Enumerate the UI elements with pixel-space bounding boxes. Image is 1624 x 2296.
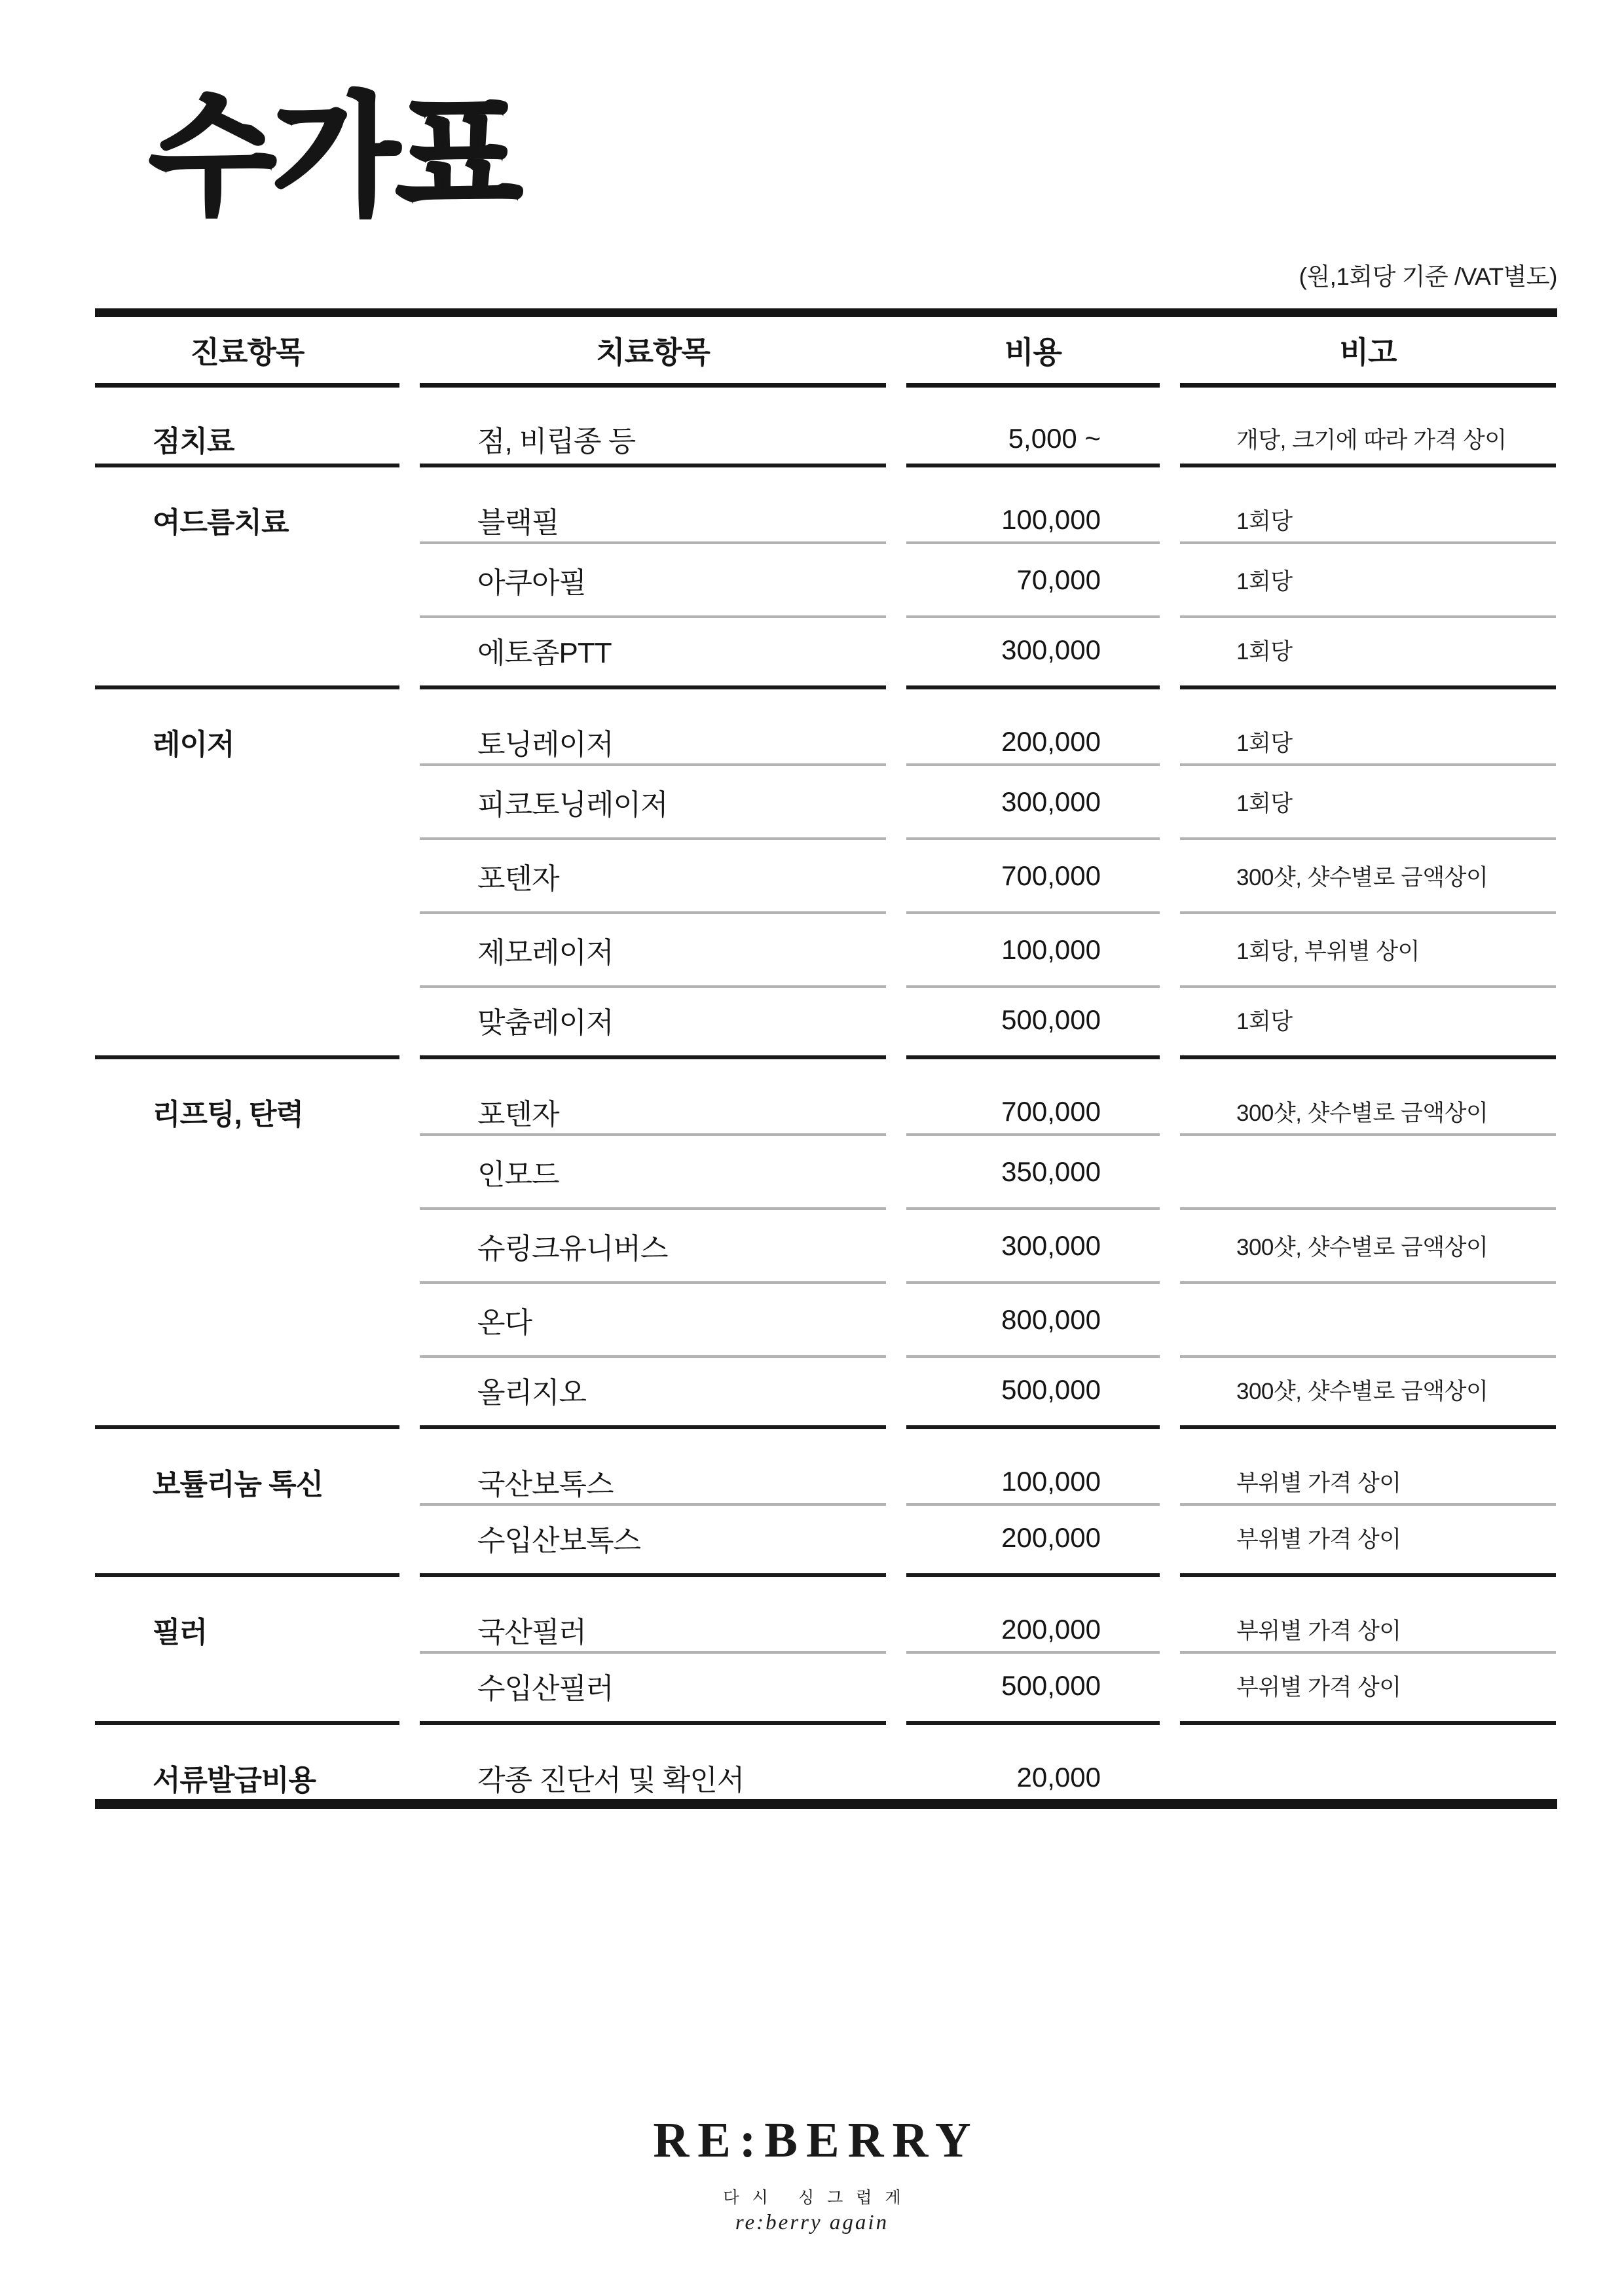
table-row: 리프팅, 탄력 포텐자 700,000 300샷, 샷수별로 금액상이 bbox=[95, 1059, 1557, 1133]
treatment-cell: 토닝레이저 bbox=[420, 689, 886, 763]
note-cell: 1회당, 부위별 상이 bbox=[1180, 911, 1556, 985]
note-cell: 부위별 가격 상이 bbox=[1180, 1651, 1556, 1725]
category-cell bbox=[95, 1503, 399, 1577]
price-cell: 200,000 bbox=[906, 689, 1160, 763]
treatment-label: 포텐자 bbox=[477, 1091, 559, 1133]
table-row: 점치료 점, 비립종 등 5,000 ~ 개당, 크기에 따라 가격 상이 bbox=[95, 388, 1557, 467]
category-cell bbox=[95, 985, 399, 1059]
price-value: 70,000 bbox=[1017, 564, 1101, 596]
treatment-label: 각종 진단서 및 확인서 bbox=[477, 1757, 744, 1798]
treatment-cell: 각종 진단서 및 확인서 bbox=[420, 1725, 886, 1799]
table-header-row: 진료항목 치료항목 비용 비고 bbox=[95, 317, 1557, 388]
treatment-label: 제모레이저 bbox=[477, 929, 614, 971]
note-label: 300샷, 샷수별로 금액상이 bbox=[1236, 1230, 1488, 1262]
category-cell: 여드름치료 bbox=[95, 467, 399, 541]
table-row: 레이저 토닝레이저 200,000 1회당 bbox=[95, 689, 1557, 763]
price-cell: 800,000 bbox=[906, 1281, 1160, 1355]
note-label: 1회당 bbox=[1236, 503, 1293, 536]
note-cell: 300샷, 샷수별로 금액상이 bbox=[1180, 1355, 1556, 1429]
table-row: 올리지오 500,000 300샷, 샷수별로 금액상이 bbox=[95, 1355, 1557, 1429]
price-sheet-page: 수가표 (원,1회당 기준 /VAT별도) 진료항목 치료항목 비용 비고 점치… bbox=[0, 0, 1624, 2296]
table-row: 온다 800,000 bbox=[95, 1281, 1557, 1355]
note-label: 1회당 bbox=[1236, 564, 1293, 596]
table-body: 점치료 점, 비립종 등 5,000 ~ 개당, 크기에 따라 가격 상이 여드… bbox=[95, 388, 1557, 1799]
unit-note: (원,1회당 기준 /VAT별도) bbox=[95, 257, 1557, 292]
price-value: 5,000 ~ bbox=[1008, 423, 1101, 454]
price-value: 300,000 bbox=[1001, 634, 1101, 666]
category-cell: 레이저 bbox=[95, 689, 399, 763]
note-cell: 1회당 bbox=[1180, 615, 1556, 689]
category-cell bbox=[95, 615, 399, 689]
note-cell: 부위별 가격 상이 bbox=[1180, 1429, 1556, 1503]
price-value: 300,000 bbox=[1001, 1230, 1101, 1262]
price-table: (원,1회당 기준 /VAT별도) 진료항목 치료항목 비용 비고 점치료 점,… bbox=[95, 257, 1557, 1809]
category-cell: 리프팅, 탄력 bbox=[95, 1059, 399, 1133]
treatment-cell: 아쿠아필 bbox=[420, 541, 886, 615]
table-row: 슈링크유니버스 300,000 300샷, 샷수별로 금액상이 bbox=[95, 1207, 1557, 1281]
note-label: 개당, 크기에 따라 가격 상이 bbox=[1236, 422, 1507, 455]
treatment-cell: 점, 비립종 등 bbox=[420, 388, 886, 467]
brand-logo: RE:BERRY bbox=[644, 2112, 979, 2169]
price-value: 350,000 bbox=[1001, 1156, 1101, 1188]
treatment-label: 온다 bbox=[477, 1299, 532, 1341]
note-cell: 300샷, 샷수별로 금액상이 bbox=[1180, 1207, 1556, 1281]
treatment-label: 블랙필 bbox=[477, 499, 559, 541]
price-cell: 500,000 bbox=[906, 985, 1160, 1059]
price-value: 700,000 bbox=[1001, 1096, 1101, 1127]
category-label: 점치료 bbox=[153, 418, 234, 460]
category-label: 필러 bbox=[153, 1609, 207, 1650]
price-value: 800,000 bbox=[1001, 1304, 1101, 1336]
price-cell: 700,000 bbox=[906, 1059, 1160, 1133]
table-bottom-rule bbox=[95, 1799, 1557, 1809]
category-label: 여드름치료 bbox=[153, 499, 289, 541]
note-cell: 1회당 bbox=[1180, 985, 1556, 1059]
table-row: 수입산필러 500,000 부위별 가격 상이 bbox=[95, 1651, 1557, 1725]
table-row: 보튤리눔 톡신 국산보톡스 100,000 부위별 가격 상이 bbox=[95, 1429, 1557, 1503]
price-cell: 70,000 bbox=[906, 541, 1160, 615]
treatment-label: 국산보톡스 bbox=[477, 1461, 614, 1503]
treatment-cell: 제모레이저 bbox=[420, 911, 886, 985]
price-value: 200,000 bbox=[1001, 726, 1101, 757]
price-cell: 100,000 bbox=[906, 1429, 1160, 1503]
treatment-cell: 올리지오 bbox=[420, 1355, 886, 1429]
treatment-cell: 슈링크유니버스 bbox=[420, 1207, 886, 1281]
price-value: 100,000 bbox=[1001, 934, 1101, 966]
table-row: 제모레이저 100,000 1회당, 부위별 상이 bbox=[95, 911, 1557, 985]
treatment-label: 토닝레이저 bbox=[477, 721, 614, 763]
header-cell-treatment: 치료항목 bbox=[420, 317, 886, 388]
price-cell: 20,000 bbox=[906, 1725, 1160, 1799]
treatment-label: 아쿠아필 bbox=[477, 559, 586, 601]
price-cell: 100,000 bbox=[906, 911, 1160, 985]
treatment-cell: 블랙필 bbox=[420, 467, 886, 541]
header-cell-note: 비고 bbox=[1180, 317, 1556, 388]
treatment-cell: 국산보톡스 bbox=[420, 1429, 886, 1503]
category-label: 서류발급비용 bbox=[153, 1757, 316, 1798]
price-value: 500,000 bbox=[1001, 1374, 1101, 1406]
price-cell: 500,000 bbox=[906, 1651, 1160, 1725]
table-row: 여드름치료 블랙필 100,000 1회당 bbox=[95, 467, 1557, 541]
brand-tagline-korean: 다시 싱그럽게 bbox=[710, 2185, 913, 2208]
table-row: 인모드 350,000 bbox=[95, 1133, 1557, 1207]
price-value: 300,000 bbox=[1001, 786, 1101, 818]
header-cell-price: 비용 bbox=[906, 317, 1160, 388]
treatment-label: 점, 비립종 등 bbox=[477, 418, 635, 460]
category-cell bbox=[95, 541, 399, 615]
brand-tagline-english: re:berry again bbox=[735, 2211, 889, 2235]
table-row: 서류발급비용 각종 진단서 및 확인서 20,000 bbox=[95, 1725, 1557, 1799]
note-label: 300샷, 샷수별로 금액상이 bbox=[1236, 860, 1488, 892]
table-top-rule bbox=[95, 308, 1557, 317]
price-value: 200,000 bbox=[1001, 1614, 1101, 1645]
treatment-cell: 수입산필러 bbox=[420, 1651, 886, 1725]
treatment-cell: 수입산보톡스 bbox=[420, 1503, 886, 1577]
treatment-cell: 인모드 bbox=[420, 1133, 886, 1207]
category-cell bbox=[95, 763, 399, 837]
note-label: 부위별 가격 상이 bbox=[1236, 1522, 1401, 1554]
note-cell: 개당, 크기에 따라 가격 상이 bbox=[1180, 388, 1556, 467]
table-row: 피코토닝레이저 300,000 1회당 bbox=[95, 763, 1557, 837]
category-cell bbox=[95, 1355, 399, 1429]
category-label: 리프팅, 탄력 bbox=[153, 1091, 303, 1133]
brand-footer: RE:BERRY 다시 싱그럽게 re:berry again bbox=[0, 2112, 1624, 2235]
table-row: 에토좀PTT 300,000 1회당 bbox=[95, 615, 1557, 689]
treatment-label: 피코토닝레이저 bbox=[477, 781, 668, 823]
treatment-label: 포텐자 bbox=[477, 855, 559, 897]
note-cell bbox=[1180, 1725, 1556, 1799]
treatment-label: 맞춤레이저 bbox=[477, 999, 614, 1041]
note-cell: 부위별 가격 상이 bbox=[1180, 1577, 1556, 1651]
note-label: 300샷, 샷수별로 금액상이 bbox=[1236, 1095, 1488, 1128]
price-cell: 300,000 bbox=[906, 763, 1160, 837]
treatment-cell: 에토좀PTT bbox=[420, 615, 886, 689]
price-cell: 300,000 bbox=[906, 1207, 1160, 1281]
note-cell: 1회당 bbox=[1180, 541, 1556, 615]
note-cell: 1회당 bbox=[1180, 689, 1556, 763]
note-cell: 부위별 가격 상이 bbox=[1180, 1503, 1556, 1577]
price-cell: 350,000 bbox=[906, 1133, 1160, 1207]
treatment-cell: 포텐자 bbox=[420, 837, 886, 911]
treatment-cell: 온다 bbox=[420, 1281, 886, 1355]
treatment-label: 국산필러 bbox=[477, 1609, 586, 1650]
note-cell: 1회당 bbox=[1180, 763, 1556, 837]
price-cell: 200,000 bbox=[906, 1577, 1160, 1651]
table-row: 맞춤레이저 500,000 1회당 bbox=[95, 985, 1557, 1059]
price-value: 100,000 bbox=[1001, 1466, 1101, 1497]
note-cell: 1회당 bbox=[1180, 467, 1556, 541]
price-cell: 200,000 bbox=[906, 1503, 1160, 1577]
price-cell: 100,000 bbox=[906, 467, 1160, 541]
note-label: 부위별 가격 상이 bbox=[1236, 1669, 1401, 1702]
note-label: 300샷, 샷수별로 금액상이 bbox=[1236, 1374, 1488, 1406]
category-cell: 보튤리눔 톡신 bbox=[95, 1429, 399, 1503]
category-label: 레이저 bbox=[153, 721, 234, 763]
note-label: 부위별 가격 상이 bbox=[1236, 1465, 1401, 1498]
category-cell bbox=[95, 1651, 399, 1725]
category-cell bbox=[95, 1207, 399, 1281]
treatment-cell: 포텐자 bbox=[420, 1059, 886, 1133]
note-label: 1회당, 부위별 상이 bbox=[1236, 934, 1420, 966]
price-value: 500,000 bbox=[1001, 1004, 1101, 1036]
note-label: 부위별 가격 상이 bbox=[1236, 1613, 1401, 1646]
price-value: 700,000 bbox=[1001, 860, 1101, 892]
category-cell: 서류발급비용 bbox=[95, 1725, 399, 1799]
note-label: 1회당 bbox=[1236, 725, 1293, 758]
category-cell: 필러 bbox=[95, 1577, 399, 1651]
note-cell bbox=[1180, 1281, 1556, 1355]
category-cell bbox=[95, 1281, 399, 1355]
treatment-label: 인모드 bbox=[477, 1151, 559, 1193]
treatment-label: 올리지오 bbox=[477, 1369, 586, 1411]
note-label: 1회당 bbox=[1236, 786, 1293, 818]
category-cell bbox=[95, 1133, 399, 1207]
price-cell: 300,000 bbox=[906, 615, 1160, 689]
table-row: 수입산보톡스 200,000 부위별 가격 상이 bbox=[95, 1503, 1557, 1577]
treatment-label: 수입산필러 bbox=[477, 1665, 614, 1707]
category-label: 보튤리눔 톡신 bbox=[153, 1461, 323, 1503]
category-cell bbox=[95, 837, 399, 911]
price-value: 100,000 bbox=[1001, 504, 1101, 536]
price-value: 20,000 bbox=[1017, 1762, 1101, 1793]
treatment-label: 에토좀PTT bbox=[477, 629, 612, 671]
note-cell: 300샷, 샷수별로 금액상이 bbox=[1180, 837, 1556, 911]
header-cell-category: 진료항목 bbox=[95, 317, 399, 388]
page-title: 수가표 bbox=[149, 92, 519, 223]
price-value: 500,000 bbox=[1001, 1670, 1101, 1702]
price-value: 200,000 bbox=[1001, 1522, 1101, 1554]
treatment-cell: 맞춤레이저 bbox=[420, 985, 886, 1059]
category-cell: 점치료 bbox=[95, 388, 399, 467]
table-row: 필러 국산필러 200,000 부위별 가격 상이 bbox=[95, 1577, 1557, 1651]
note-label: 1회당 bbox=[1236, 1004, 1293, 1036]
treatment-label: 슈링크유니버스 bbox=[477, 1225, 668, 1267]
table-row: 포텐자 700,000 300샷, 샷수별로 금액상이 bbox=[95, 837, 1557, 911]
treatment-cell: 피코토닝레이저 bbox=[420, 763, 886, 837]
price-cell: 5,000 ~ bbox=[906, 388, 1160, 467]
price-cell: 700,000 bbox=[906, 837, 1160, 911]
table-row: 아쿠아필 70,000 1회당 bbox=[95, 541, 1557, 615]
category-cell bbox=[95, 911, 399, 985]
note-cell bbox=[1180, 1133, 1556, 1207]
note-cell: 300샷, 샷수별로 금액상이 bbox=[1180, 1059, 1556, 1133]
treatment-label: 수입산보톡스 bbox=[477, 1517, 640, 1559]
price-cell: 500,000 bbox=[906, 1355, 1160, 1429]
note-label: 1회당 bbox=[1236, 634, 1293, 666]
treatment-cell: 국산필러 bbox=[420, 1577, 886, 1651]
